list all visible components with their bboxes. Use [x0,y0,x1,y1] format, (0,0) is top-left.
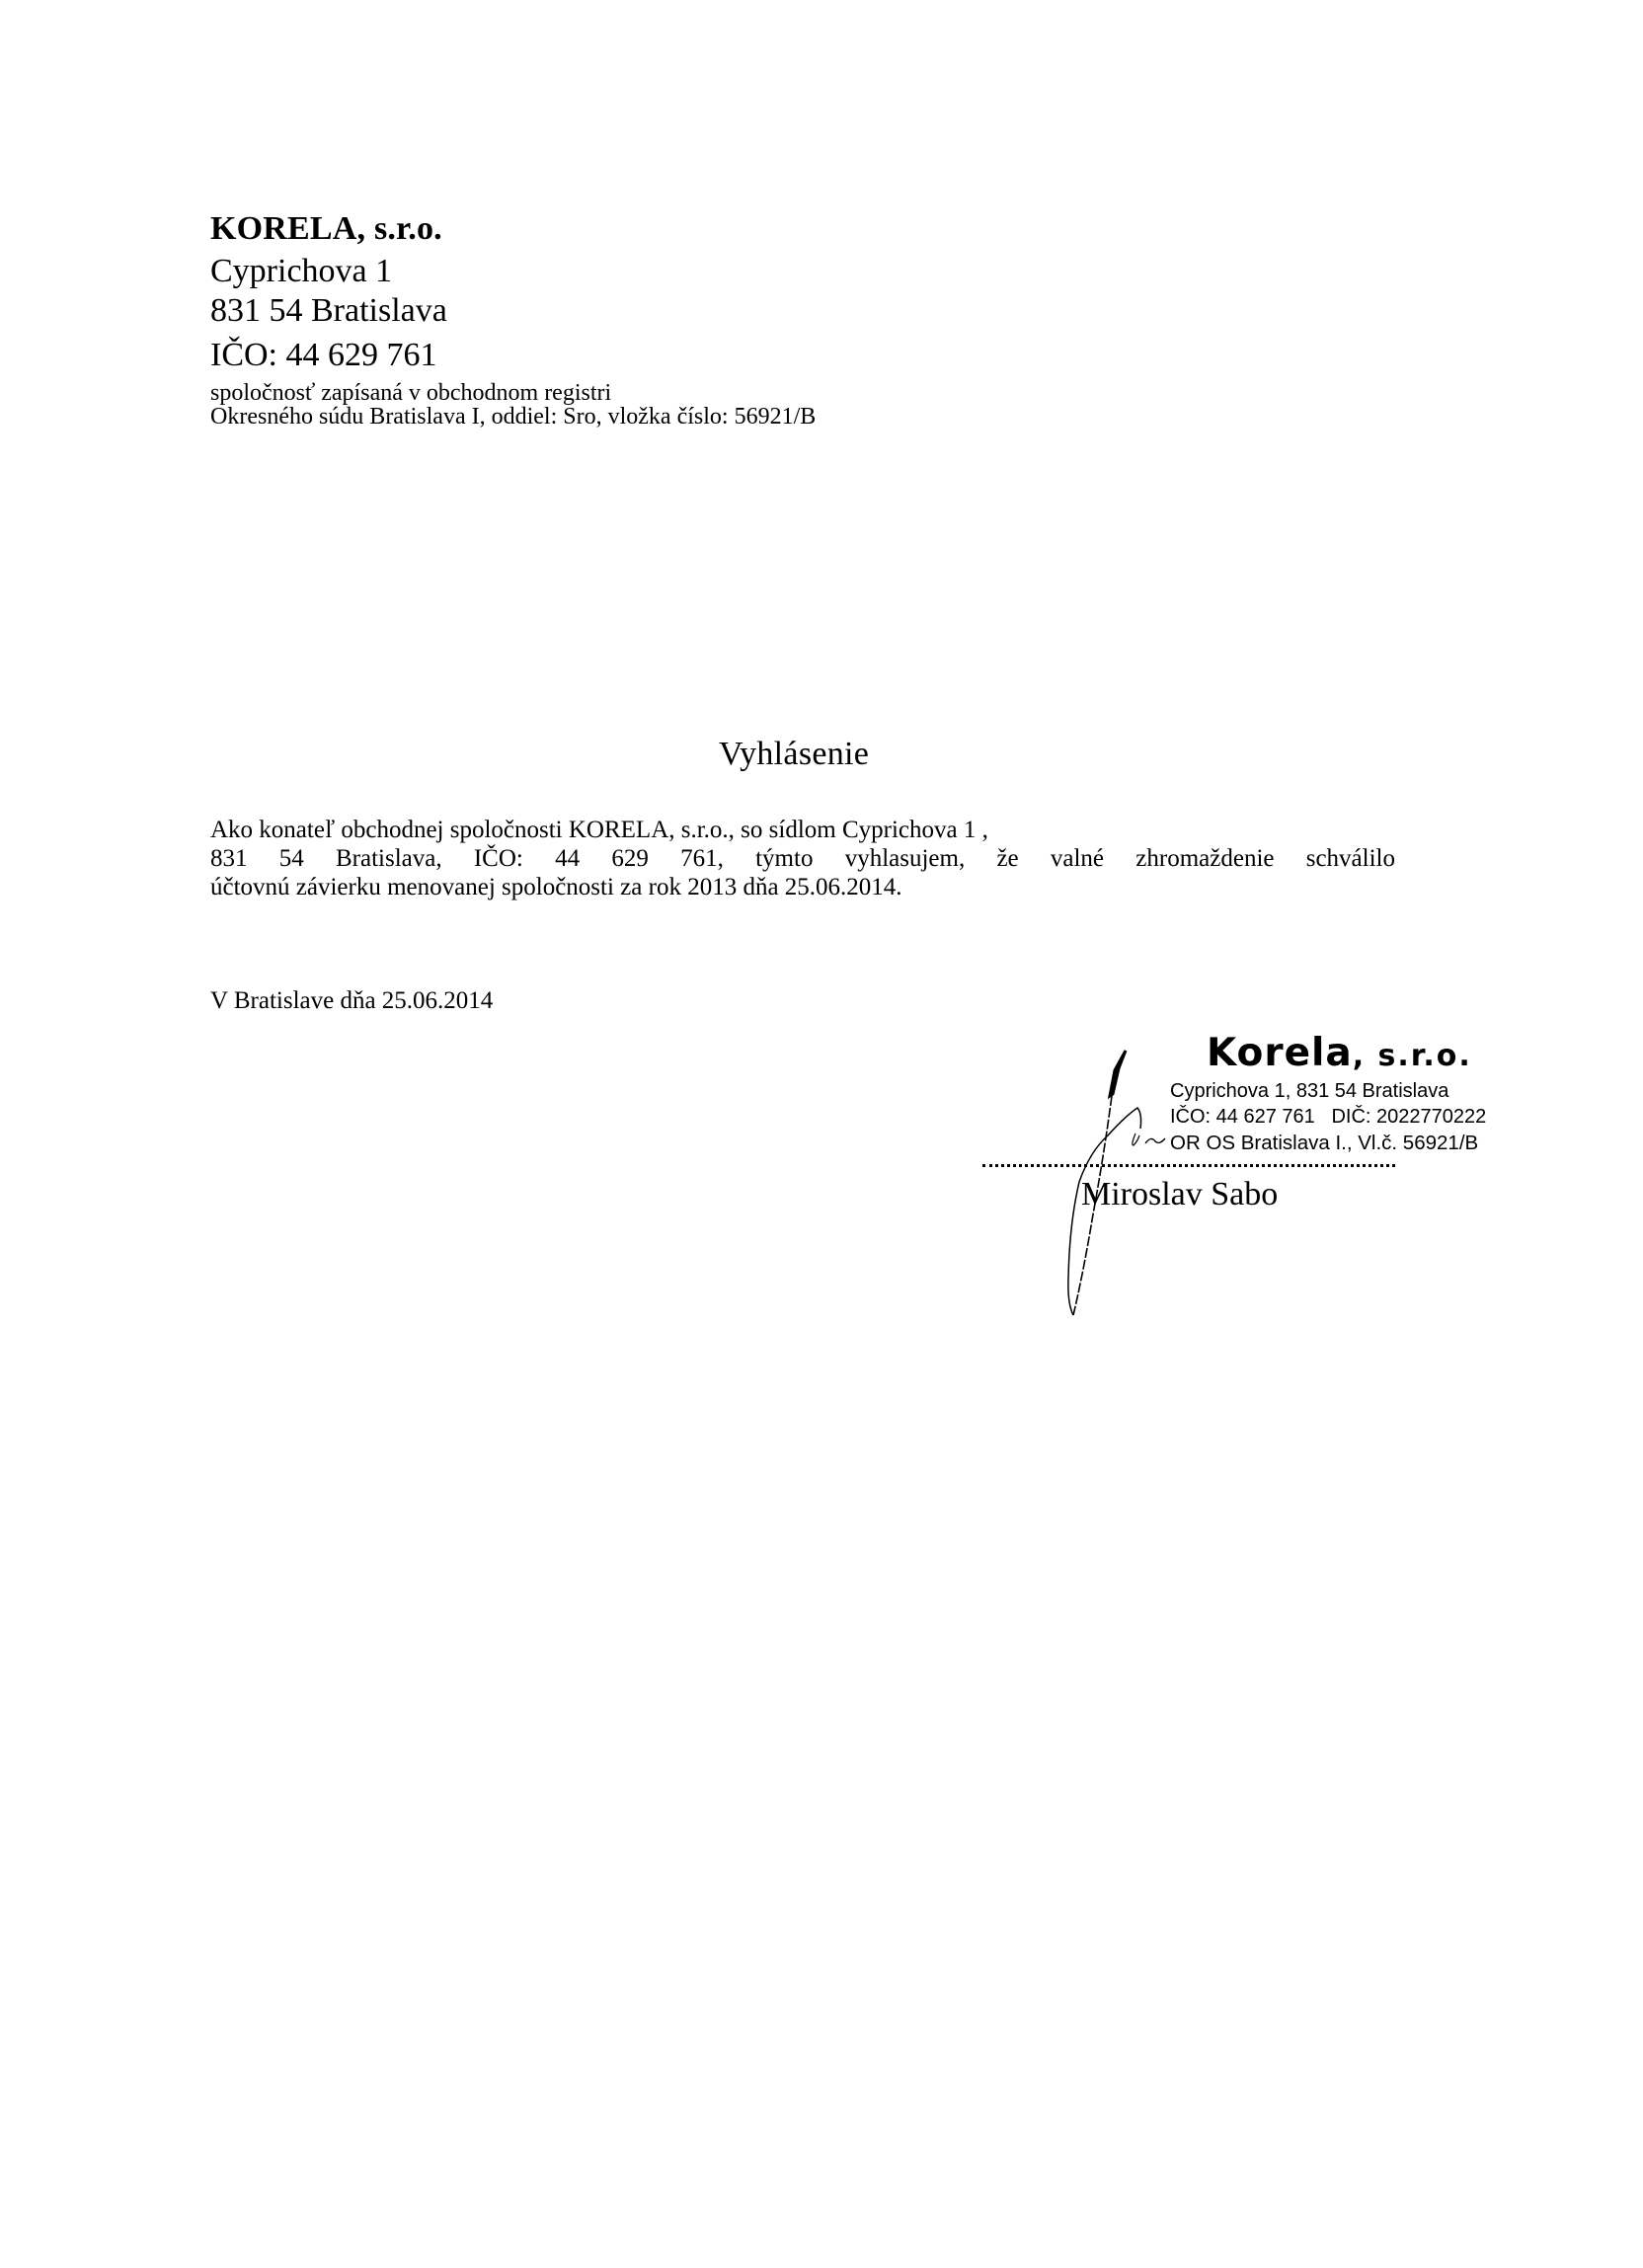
signature-dotted-line [982,1164,1395,1167]
company-ico: IČO: 44 629 761 [210,339,437,372]
stamp-registry: OR OS Bratislava I., Vl.č. 56921/B [1170,1134,1478,1154]
body-line-1: Ako konateľ obchodnej spoločnosti KORELA… [210,816,1395,844]
body-line-2: 831 54 Bratislava, IČO: 44 629 761, týmt… [210,844,1395,873]
registry-line-1: spoločnosť zapísaná v obchodnom registri [210,381,611,405]
company-street: Cyprichova 1 [210,255,392,288]
stamp-address: Cyprichova 1, 831 54 Bratislava [1170,1081,1448,1101]
company-city: 831 54 Bratislava [210,294,447,328]
signer-name: Miroslav Sabo [1081,1178,1278,1212]
stamp-ids: IČO: 44 627 761 DIČ: 2022770222 [1170,1107,1486,1127]
stamp-logo: Korela, s.r.o. [1207,1034,1472,1072]
place-and-date: V Bratislave dňa 25.06.2014 [210,988,493,1013]
stamp-logo-text: Korela [1207,1031,1353,1075]
registry-line-2: Okresného súdu Bratislava I, oddiel: Sro… [210,405,816,429]
document-title: Vyhlásenie [719,738,869,771]
body-line-3: účtovnú závierku menovanej spoločnosti z… [210,873,1395,901]
declaration-body: Ako konateľ obchodnej spoločnosti KORELA… [210,816,1395,901]
company-name: KORELA, s.r.o. [210,212,442,246]
stamp-logo-suffix: , s.r.o. [1353,1039,1472,1073]
